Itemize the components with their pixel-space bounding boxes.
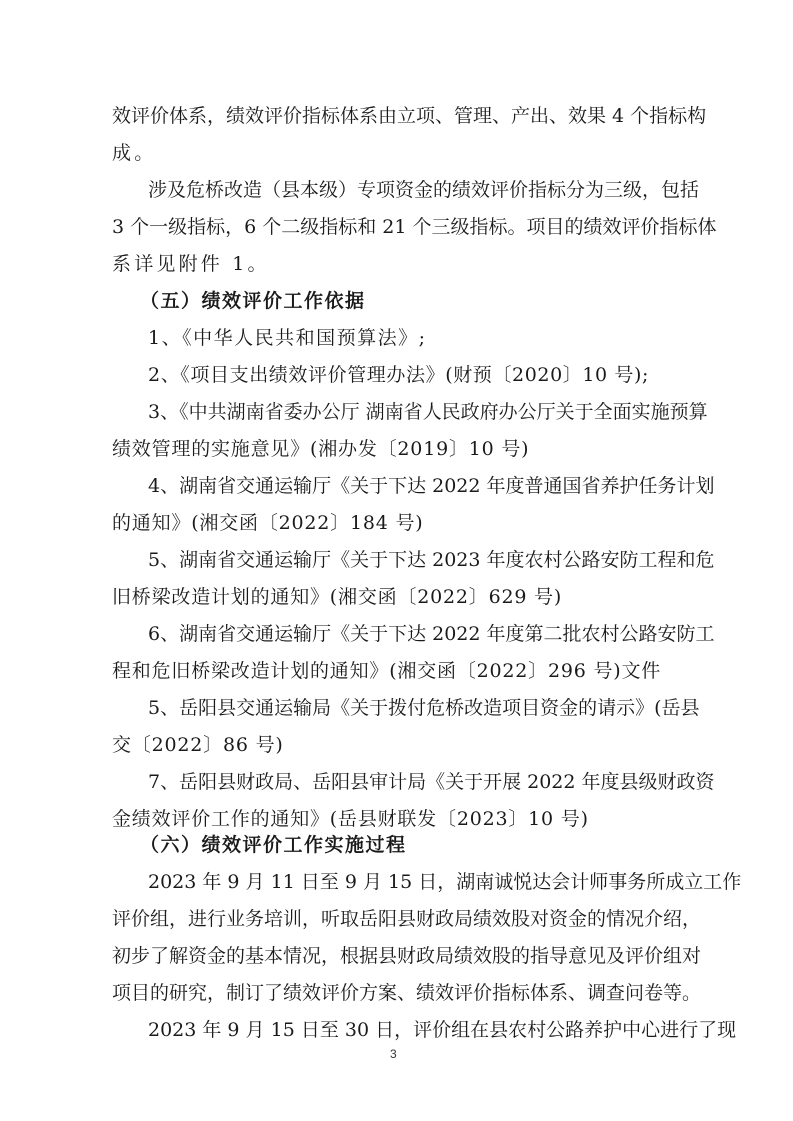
body-text-line: 2023 年 9 月 11 日至 9 月 15 日，湖南诚悦达会计师事务所成立工… [148,869,692,895]
body-text-line: 系详见附件 1。 [112,251,692,277]
reference-item: 旧桥梁改造计划的通知》(湘交函〔2022〕629 号) [112,584,692,610]
body-text-line: 2023 年 9 月 15 日至 30 日，评价组在县农村公路养护中心进行了现 [148,1017,692,1043]
reference-item: 5、岳阳县交通运输局《关于拨付危桥改造项目资金的请示》(岳县 [148,695,692,721]
reference-item: 程和危旧桥梁改造计划的通知》(湘交函〔2022〕296 号)文件 [112,658,692,684]
body-text-line: 效评价体系，绩效评价指标体系由立项、管理、产出、效果 4 个指标构 [112,103,692,129]
reference-item: 金绩效评价工作的通知》(岳县财联发〔2023〕10 号) [112,806,692,832]
reference-item: 4、湖南省交通运输厅《关于下达 2022 年度普通国省养护任务计划 [148,473,692,499]
reference-item: 5、湖南省交通运输厅《关于下达 2023 年度农村公路安防工程和危 [148,547,692,573]
reference-item: 1、《中华人民共和国预算法》; [148,325,692,351]
page-number: 3 [390,1047,397,1061]
reference-item: 3、《中共湖南省委办公厅 湖南省人民政府办公厅关于全面实施预算 [148,399,692,425]
section-heading: （五）绩效评价工作依据 [140,288,720,314]
body-text-line: 涉及危桥改造（县本级）专项资金的绩效评价指标分为三级，包括 [148,177,692,203]
section-heading: （六）绩效评价工作实施过程 [140,832,720,858]
reference-item: 交〔2022〕86 号) [112,732,692,758]
reference-item: 绩效管理的实施意见》(湘办发〔2019〕10 号) [112,436,692,462]
body-text-line: 成。 [112,140,692,166]
reference-item: 7、岳阳县财政局、岳阳县审计局《关于开展 2022 年度县级财政资 [148,769,692,795]
body-text-line: 初步了解资金的基本情况，根据县财政局绩效股的指导意见及评价组对 [112,943,692,969]
body-text-line: 项目的研究，制订了绩效评价方案、绩效评价指标体系、调查问卷等。 [112,980,692,1006]
reference-item: 6、湖南省交通运输厅《关于下达 2022 年度第二批农村公路安防工 [148,621,692,647]
body-text-line: 3 个一级指标，6 个二级指标和 21 个三级指标。项目的绩效评价指标体 [112,214,692,240]
reference-item: 2、《项目支出绩效评价管理办法》(财预〔2020〕10 号); [148,362,692,388]
document-page: 效评价体系，绩效评价指标体系由立项、管理、产出、效果 4 个指标构 成。 涉及危… [0,0,793,1121]
reference-item: 的通知》(湘交函〔2022〕184 号) [112,510,692,536]
body-text-line: 评价组，进行业务培训，听取岳阳县财政局绩效股对资金的情况介绍， [112,906,692,932]
